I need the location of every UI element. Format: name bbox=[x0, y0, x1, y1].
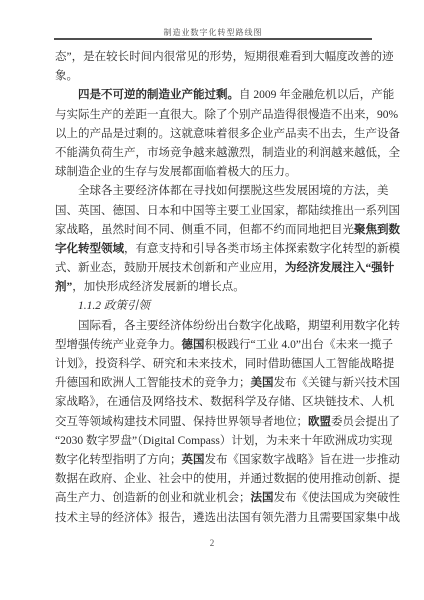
text-line: 国际看，各主要经济体纷纷出台数字化战略，期望利用数字化转 bbox=[55, 317, 372, 336]
bold-text-segment: 聚焦到数 bbox=[354, 224, 400, 236]
text-segment: ，有意支持和引导各类市场主体探索数字化转型的新模 bbox=[124, 243, 400, 255]
bold-text-segment: 法国 bbox=[251, 492, 274, 504]
text-segment: 家战略》，在通信及网络技术、数据科学及存储、区块链技术、人机 bbox=[55, 396, 394, 408]
document-page: 制造业数字化转型路线图 态”，是在较长时间内很常见的形势，短期很难看到大幅度改善… bbox=[0, 0, 424, 600]
text-line: 数据在政府、企业、社会中的使用，并通过数据的使用推动创新、提 bbox=[55, 470, 372, 489]
text-line: 字化转型领域，有意支持和引导各类市场主体探索数字化转型的新模 bbox=[55, 240, 372, 259]
text-line: 全球各主要经济体都在寻找如何摆脱这些发展困境的方法，美 bbox=[55, 182, 372, 201]
text-segment: 型增强传统产业竞争力。 bbox=[55, 339, 182, 351]
text-line: 型增强传统产业竞争力。德国积极践行“工业 4.0”出台《未来一揽子 bbox=[55, 336, 372, 355]
page-number: 2 bbox=[0, 538, 424, 548]
bold-text-segment: 欧盟 bbox=[308, 416, 331, 428]
text-line: 家战略》，在通信及网络技术、数据科学及存储、区块链技术、人机 bbox=[55, 393, 372, 412]
text-segment: 升德国和欧洲人工智能技术的竞争力； bbox=[55, 377, 251, 389]
text-line: 国、英国、德国、日本和中国等主要工业国家，都陆续推出一系列国 bbox=[55, 202, 372, 221]
text-segment: 交互等领域构建技术同盟、保持世界领导者地位； bbox=[55, 416, 308, 428]
text-line: “2030 数字罗盘”（Digital Compass）计划，为未来十年欧洲成功… bbox=[55, 432, 372, 451]
bold-text-segment: 字化转型领域 bbox=[55, 243, 124, 255]
text-line: 高生产力、创造新的创业和就业机会；法国发布《使法国成为突破性 bbox=[55, 489, 372, 508]
text-line: 计划》，投资科学、研究和未来技术，同时借助德国人工智能战略提 bbox=[55, 355, 372, 374]
text-segment: 全球各主要经济体都在寻找如何摆脱这些发展困境的方法，美 bbox=[78, 185, 389, 197]
bold-text-segment: 为经济发展注入“强针 bbox=[285, 262, 394, 274]
text-segment: 委员会提出了 bbox=[331, 416, 400, 428]
text-line: 以上的产品是过剩的。这就意味着很多企业产品卖不出去，生产设备 bbox=[55, 125, 372, 144]
bold-text-segment: 四是不可逆的制造业产能过剩。 bbox=[78, 89, 239, 101]
text-line: 四是不可逆的制造业产能过剩。自 2009 年金融危机以后，产能 bbox=[55, 86, 372, 105]
text-line: 与实际生产的差距一直很大。除了个别产品造得很慢造不出来，90% bbox=[55, 106, 372, 125]
text-line: 升德国和欧洲人工智能技术的竞争力；美国发布《关键与新兴技术国 bbox=[55, 374, 372, 393]
text-line: 家战略，虽然时间不同、侧重不同，但都不约而同地把目光聚焦到数 bbox=[55, 221, 372, 240]
text-segment: 态”，是在较长时间内很常见的形势，短期很难看到大幅度改善的迹 bbox=[55, 51, 394, 63]
text-segment: 象。 bbox=[55, 70, 78, 82]
text-line: 交互等领域构建技术同盟、保持世界领导者地位；欧盟委员会提出了 bbox=[55, 413, 372, 432]
text-line: 象。 bbox=[55, 67, 372, 86]
section-heading: 1.1.2 政策引领 bbox=[55, 297, 372, 316]
text-line: 不能满负荷生产，市场竞争越来越激烈，制造业的利润越来越低，全 bbox=[55, 144, 372, 163]
text-segment: 高生产力、创造新的创业和就业机会； bbox=[55, 492, 251, 504]
text-segment: 国际看，各主要经济体纷纷出台数字化战略，期望利用数字化转 bbox=[78, 320, 400, 332]
running-header: 制造业数字化转型路线图 bbox=[54, 27, 372, 38]
text-segment: ，加快形成经济发展新的增长点。 bbox=[72, 281, 245, 293]
text-segment: 发布《关键与新兴技术国 bbox=[274, 377, 401, 389]
text-segment: “2030 数字罗盘”（Digital Compass）计划，为未来十年欧洲成功… bbox=[55, 435, 392, 447]
bold-text-segment: 德国 bbox=[182, 339, 205, 351]
text-segment: 1.1.2 政策引领 bbox=[78, 300, 150, 312]
bold-text-segment: 美国 bbox=[251, 377, 274, 389]
text-segment: 数字化转型指明了方向； bbox=[55, 454, 182, 466]
text-segment: 计划》，投资科学、研究和未来技术，同时借助德国人工智能战略提 bbox=[55, 358, 394, 370]
text-segment: 发布《使法国成为突破性 bbox=[274, 492, 401, 504]
text-segment: 以上的产品是过剩的。这就意味着很多企业产品卖不出去，生产设备 bbox=[55, 128, 400, 140]
text-segment: 式、新业态，鼓励开展技术创新和产业应用， bbox=[55, 262, 285, 274]
body-lines: 态”，是在较长时间内很常见的形势，短期很难看到大幅度改善的迹象。四是不可逆的制造… bbox=[55, 48, 372, 528]
text-segment: 发布《国家数字战略》旨在进一步推动 bbox=[205, 454, 401, 466]
text-line: 技术主导的经济体》报告，遴选出法国有领先潜力且需要国家集中战 bbox=[55, 509, 372, 528]
bold-text-segment: 英国 bbox=[182, 454, 205, 466]
text-line: 球制造企业的生存与发展都面临着极大的压力。 bbox=[55, 163, 372, 182]
text-line: 剂”，加快形成经济发展新的增长点。 bbox=[55, 278, 372, 297]
bold-text-segment: 剂” bbox=[55, 281, 72, 293]
text-line: 数字化转型指明了方向；英国发布《国家数字战略》旨在进一步推动 bbox=[55, 451, 372, 470]
text-segment: 不能满负荷生产，市场竞争越来越激烈，制造业的利润越来越低，全 bbox=[55, 147, 400, 159]
header-rule bbox=[54, 38, 372, 40]
text-segment: 积极践行“工业 4.0”出台《未来一揽子 bbox=[205, 339, 393, 351]
text-segment: 球制造企业的生存与发展都面临着极大的压力。 bbox=[55, 166, 297, 178]
text-segment: 国、英国、德国、日本和中国等主要工业国家，都陆续推出一系列国 bbox=[55, 205, 400, 217]
text-segment: 数据在政府、企业、社会中的使用，并通过数据的使用推动创新、提 bbox=[55, 473, 400, 485]
text-line: 态”，是在较长时间内很常见的形势，短期很难看到大幅度改善的迹 bbox=[55, 48, 372, 67]
text-segment: 自 2009 年金融危机以后，产能 bbox=[239, 89, 394, 101]
text-segment: 家战略，虽然时间不同、侧重不同，但都不约而同地把目光 bbox=[55, 224, 354, 236]
text-line: 式、新业态，鼓励开展技术创新和产业应用，为经济发展注入“强针 bbox=[55, 259, 372, 278]
text-segment: 与实际生产的差距一直很大。除了个别产品造得很慢造不出来，90% bbox=[55, 109, 398, 121]
text-segment: 技术主导的经济体》报告，遴选出法国有领先潜力且需要国家集中战 bbox=[55, 512, 400, 524]
